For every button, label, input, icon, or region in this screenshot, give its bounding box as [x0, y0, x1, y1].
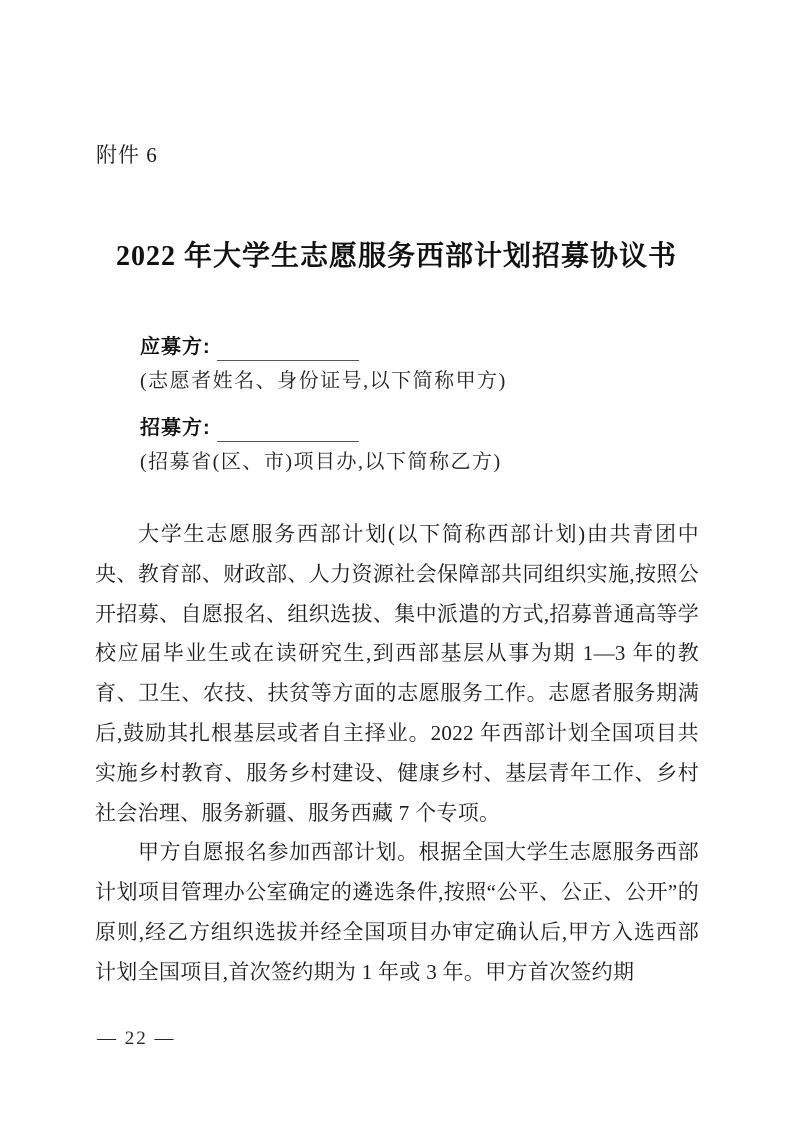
document-page: 附件 6 2022 年大学生志愿服务西部计划招募协议书 应募方: (志愿者姓名、…	[0, 0, 793, 1122]
document-body: 大学生志愿服务西部计划(以下简称西部计划)由共青团中央、教育部、财政部、人力资源…	[95, 515, 699, 993]
recruiter-blank-line	[217, 416, 359, 442]
applicant-label: 应募方:	[140, 333, 211, 361]
applicant-blank-line	[217, 335, 359, 361]
recruiter-label: 招募方:	[140, 414, 211, 442]
applicant-line: 应募方:	[140, 320, 660, 361]
attachment-label: 附件 6	[96, 141, 158, 169]
body-paragraph-2: 甲方自愿报名参加西部计划。根据全国大学生志愿服务西部计划项目管理办公室确定的遴选…	[95, 833, 699, 992]
parties-block: 应募方: (志愿者姓名、身份证号,以下简称甲方) 招募方: (招募省(区、市)项…	[140, 320, 660, 482]
recruiter-line: 招募方:	[140, 401, 660, 442]
page-number: — 22 —	[97, 1028, 176, 1050]
applicant-note: (志愿者姓名、身份证号,以下简称甲方)	[140, 361, 660, 402]
body-paragraph-1: 大学生志愿服务西部计划(以下简称西部计划)由共青团中央、教育部、财政部、人力资源…	[95, 515, 699, 833]
document-title: 2022 年大学生志愿服务西部计划招募协议书	[0, 234, 793, 274]
recruiter-note: (招募省(区、市)项目办,以下简称乙方)	[140, 442, 660, 483]
